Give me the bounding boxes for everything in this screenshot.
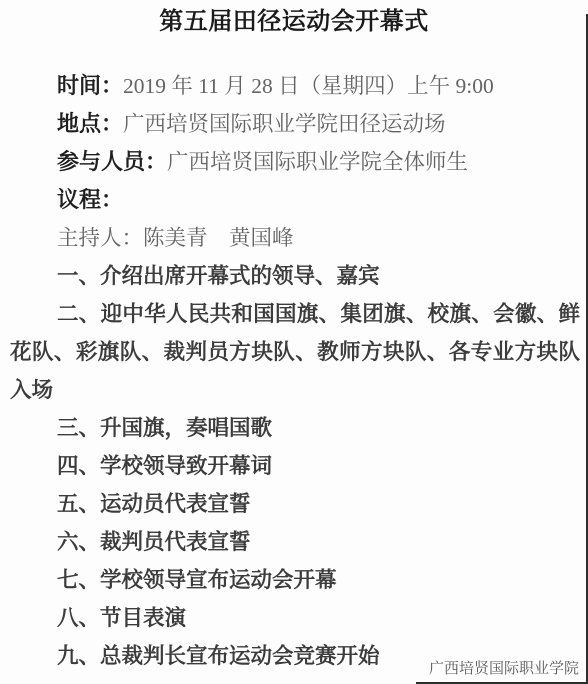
agenda-item-2: 二、迎中华人民共和国国旗、集团旗、校旗、会徽、鲜花队、彩旗队、裁判员方块队、教师… (10, 295, 580, 409)
agenda-list: 一、介绍出席开幕式的领导、嘉宾 二、迎中华人民共和国国旗、集团旗、校旗、会徽、鲜… (0, 257, 588, 675)
watermark: 广西培贤国际职业学院 (429, 659, 579, 679)
host-line: 主持人：陈美青 黄国峰 (57, 219, 580, 257)
agenda-item-3: 三、升国旗，奏唱国歌 (10, 409, 580, 447)
agenda-item-5: 五、运动员代表宣誓 (10, 485, 580, 523)
time-label: 时间： (57, 73, 123, 98)
document-page: 第五届田径运动会开幕式 时间：2019 年 11 月 28 日（星期四）上午 9… (0, 0, 588, 684)
agenda-item-4: 四、学校领导致开幕词 (10, 447, 580, 485)
participants-value: 广西培贤国际职业学院全体师生 (167, 150, 468, 174)
agenda-item-7: 七、学校领导宣布运动会开幕 (10, 561, 580, 599)
location-label: 地点： (57, 111, 123, 136)
meta-line-time: 时间：2019 年 11 月 28 日（星期四）上午 9:00 (57, 67, 580, 105)
agenda-heading-label: 议程： (57, 187, 123, 212)
location-value: 广西培贤国际职业学院田径运动场 (123, 112, 446, 136)
time-value: 2019 年 11 月 28 日（星期四）上午 9:00 (123, 74, 494, 98)
agenda-item-1: 一、介绍出席开幕式的领导、嘉宾 (10, 257, 580, 295)
meta-line-participants: 参与人员：广西培贤国际职业学院全体师生 (57, 143, 580, 181)
meta-line-location: 地点：广西培贤国际职业学院田径运动场 (57, 105, 580, 143)
agenda-item-6: 六、裁判员代表宣誓 (10, 523, 580, 561)
participants-label: 参与人员： (57, 149, 167, 174)
document-title: 第五届田径运动会开幕式 (0, 0, 588, 36)
meta-section: 时间：2019 年 11 月 28 日（星期四）上午 9:00 地点：广西培贤国… (0, 67, 588, 257)
agenda-item-8: 八、节目表演 (10, 599, 580, 637)
meta-line-agenda-heading: 议程： (57, 181, 580, 219)
